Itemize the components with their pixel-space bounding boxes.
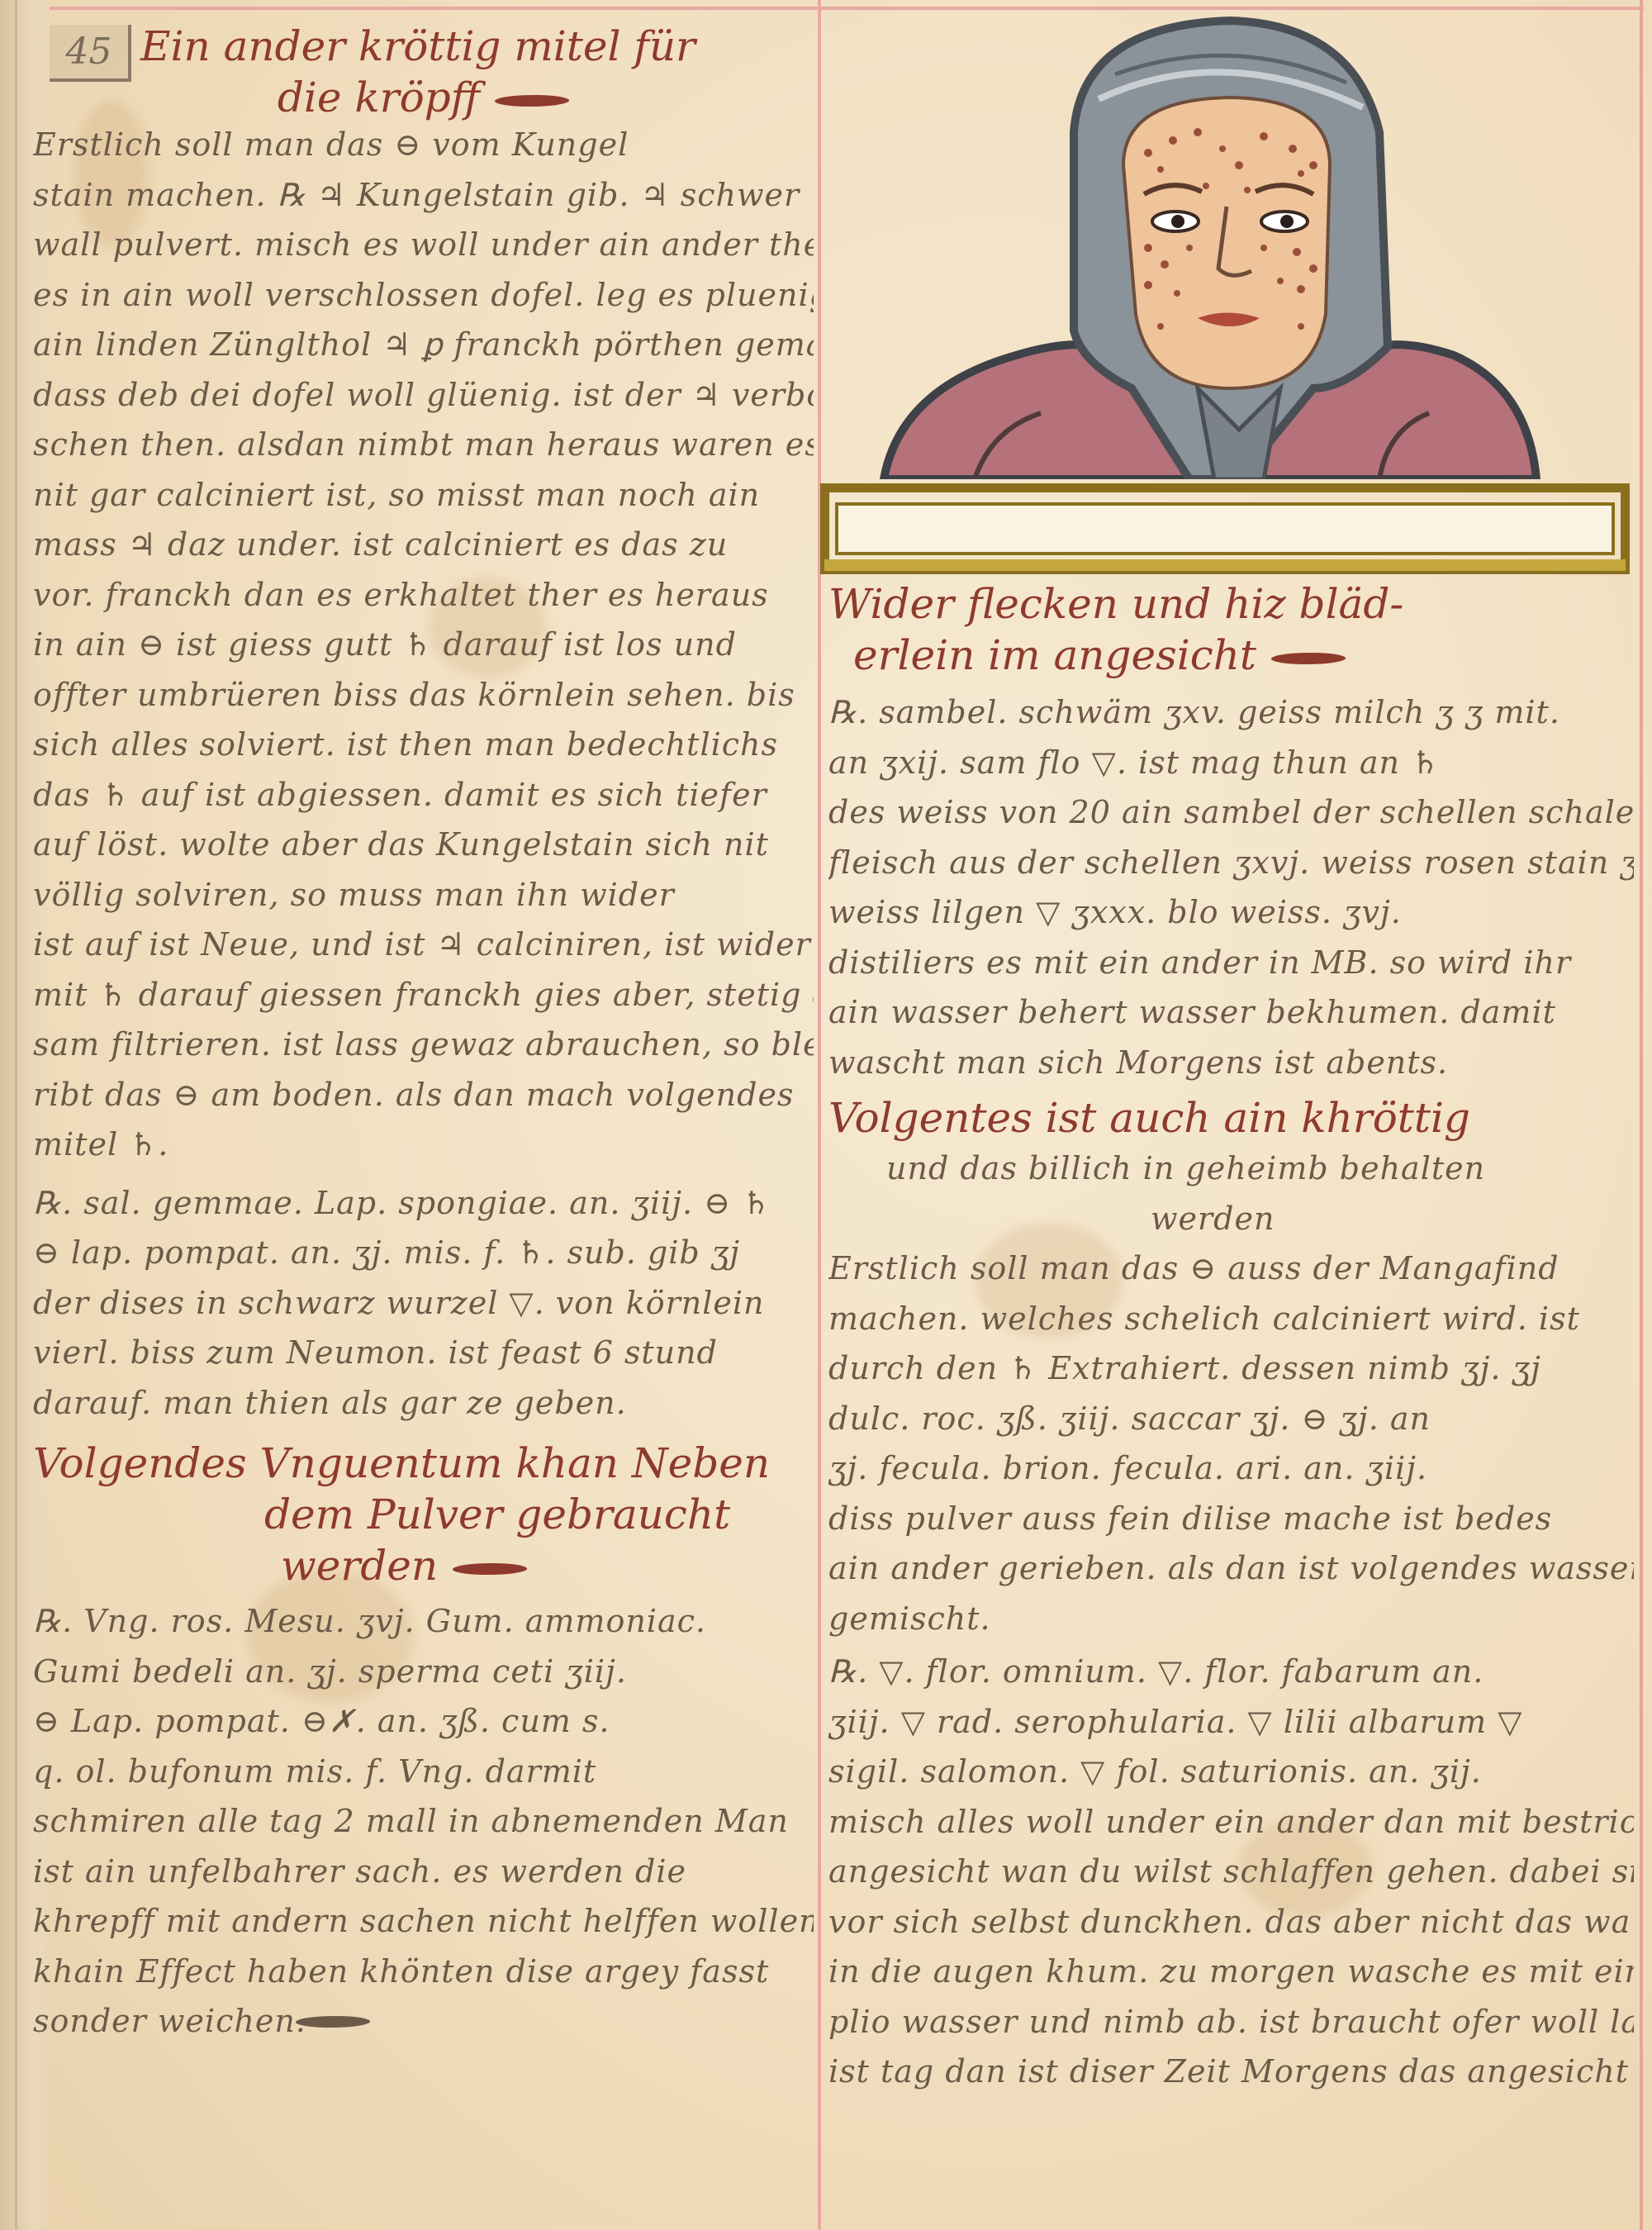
banner-scroll-icon	[820, 483, 1630, 574]
manuscript-line: ain linden Zünglthol ♃ ꝑ franckh pörthen…	[33, 320, 814, 370]
manuscript-line: ist ain unfelbahrer sach. es werden die	[33, 1847, 814, 1897]
left-heading-2-line-2: dem Pulver gebraucht	[33, 1489, 814, 1540]
left-column: Ein ander kröttig mitel für die kröpff E…	[33, 21, 814, 2062]
manuscript-line: stain machen. ℞ ♃ Kungelstain gib. ♃ sch…	[33, 170, 814, 221]
flourish-ornament	[493, 95, 572, 107]
spotted-face-figure-icon	[851, 0, 1635, 479]
manuscript-line: völlig solviren, so muss man ihn wider	[33, 870, 814, 920]
manuscript-line: sonder weichen.	[33, 1996, 814, 2047]
manuscript-line: gemischt.	[828, 1594, 1634, 1644]
manuscript-line: sigil. salomon. ▽ fol. saturionis. an. ʒ…	[828, 1747, 1634, 1797]
manuscript-line: ain ander gerieben. als dan ist volgende…	[828, 1543, 1634, 1594]
manuscript-line: weiss lilgen ▽ ʒxxx. blo weiss. ʒvj.	[828, 887, 1634, 938]
manuscript-line: ℞. Vng. ros. Mesu. ʒvj. Gum. ammoniac.	[33, 1596, 814, 1647]
left-title-line-1: Ein ander kröttig mitel für	[33, 21, 814, 72]
scroll-banner	[820, 483, 1630, 574]
right-heading-2-line-2: und das billich in geheimb behalten	[828, 1144, 1634, 1194]
left-paragraph-2: ℞. sal. gemmae. Lap. spongiae. an. ʒiij.…	[33, 1178, 814, 1429]
manuscript-line: mit ♄ darauf giessen franckh gies aber, …	[33, 970, 814, 1020]
right-paragraph-2: Erstlich soll man das ⊖ auss der Mangafi…	[828, 1243, 1634, 1643]
manuscript-line: ribt das ⊖ am boden. als dan mach volgen…	[33, 1070, 814, 1120]
right-ruling	[1640, 0, 1643, 2230]
right-heading-2-line-1: Volgentes ist auch ain khröttig	[828, 1092, 1634, 1144]
manuscript-line: ʒj. fecula. brion. fecula. ari. an. ʒiij…	[828, 1443, 1634, 1494]
manuscript-line: diss pulver auss fein dilise mache ist b…	[828, 1494, 1634, 1544]
manuscript-line: ain wasser behert wasser bekhumen. damit	[828, 987, 1634, 1038]
manuscript-line: der dises in schwarz wurzel ▽. von körnl…	[33, 1278, 814, 1329]
manuscript-line: wall pulvert. misch es woll under ain an…	[33, 220, 814, 270]
right-paragraph-1: ℞. sambel. schwäm ʒxv. geiss milch ʒ ʒ m…	[828, 687, 1634, 1087]
manuscript-line: in die augen khum. zu morgen wasche es m…	[828, 1947, 1634, 1997]
right-column: Wider flecken und hiz bläd- erlein im an…	[828, 578, 1634, 2097]
column-ruling	[818, 0, 821, 2230]
manuscript-line: distiliers es mit ein ander in MB. so wi…	[828, 938, 1634, 988]
manuscript-line: ⊖ Lap. pompat. ⊖✗. an. ʒß. cum s.	[33, 1696, 814, 1747]
manuscript-line: ℞. sambel. schwäm ʒxv. geiss milch ʒ ʒ m…	[828, 687, 1634, 738]
right-paragraph-3: ℞. ▽. flor. omnium. ▽. flor. fabarum an.…	[828, 1647, 1634, 2097]
manuscript-line: schen then. alsdan nimbt man heraus ware…	[33, 420, 814, 470]
left-heading-2-line-1: Volgendes Vnguentum khan Neben	[33, 1438, 814, 1489]
right-heading-2-line-3: werden	[828, 1194, 1634, 1244]
manuscript-line: ist auf ist Neue, und ist ♃ calciniren, …	[33, 920, 814, 970]
manuscript-line: vor. franckh dan es erkhaltet ther es he…	[33, 570, 814, 621]
left-paragraph-1: Erstlich soll man das ⊖ vom Kungelstain …	[33, 120, 814, 1170]
manuscript-line: ⊖ lap. pompat. an. ʒj. mis. f. ♄. sub. g…	[33, 1228, 814, 1278]
manuscript-line: nit gar calciniert ist, so misst man noc…	[33, 470, 814, 521]
portrait-illustration	[851, 0, 1635, 479]
manuscript-line: khain Effect haben khönten dise argey fa…	[33, 1947, 814, 1997]
manuscript-line: des weiss von 20 ain sambel der schellen…	[828, 787, 1634, 838]
right-title-text: erlein im angesicht	[853, 631, 1256, 679]
manuscript-line: an ʒxij. sam flo ▽. ist mag thun an ♄	[828, 738, 1634, 788]
left-title-text: die kröpff	[278, 74, 480, 121]
manuscript-line: schmiren alle tag 2 mall in abnemenden M…	[33, 1796, 814, 1847]
manuscript-line: wascht man sich Morgens ist abents.	[828, 1038, 1634, 1088]
manuscript-line: ʒiij. ▽ rad. serophularia. ▽ lilii albar…	[828, 1697, 1634, 1747]
manuscript-line: ist tag dan ist diser Zeit Morgens das a…	[828, 2047, 1634, 2097]
left-heading-2-text: werden	[281, 1542, 438, 1590]
manuscript-line: vor sich selbst dunckhen. das aber nicht…	[828, 1897, 1634, 1947]
manuscript-line: sam filtrieren. ist lass gewaz abrauchen…	[33, 1020, 814, 1070]
right-heading-2: Volgentes ist auch ain khröttig und das …	[828, 1092, 1634, 1243]
gutter-line	[15, 0, 17, 2230]
manuscript-line: darauf. man thien als gar ze geben.	[33, 1378, 814, 1429]
manuscript-line: khrepff mit andern sachen nicht helffen …	[33, 1896, 814, 1947]
manuscript-line: mitel ♄.	[33, 1120, 814, 1170]
manuscript-line: ℞. sal. gemmae. Lap. spongiae. an. ʒiij.…	[33, 1178, 814, 1229]
left-paragraph-3: ℞. Vng. ros. Mesu. ʒvj. Gum. ammoniac.Gu…	[33, 1596, 814, 2062]
manuscript-line: es in ain woll verschlossen dofel. leg e…	[33, 270, 814, 321]
manuscript-line: q. ol. bufonum mis. f. Vng. darmit	[33, 1747, 814, 1797]
manuscript-line: machen. welches schelich calciniert wird…	[828, 1294, 1634, 1344]
manuscript-line: fleisch aus der schellen ʒxvj. weiss ros…	[828, 838, 1634, 888]
manuscript-line: durch den ♄ Extrahiert. dessen nimb ʒj. …	[828, 1343, 1634, 1394]
manuscript-line: vierl. biss zum Neumon. ist feast 6 stun…	[33, 1328, 814, 1378]
manuscript-line: misch alles woll under ein ander dan mit…	[828, 1797, 1634, 1847]
manuscript-line: Erstlich soll man das ⊖ vom Kungel	[33, 120, 814, 170]
manuscript-line: mass ♃ daz under. ist calciniert es das …	[33, 520, 814, 570]
left-heading-2-line-3: werden	[33, 1540, 814, 1591]
manuscript-line: angesicht wan du wilst schlaffen gehen. …	[828, 1847, 1634, 1897]
manuscript-line: das ♄ auf ist abgiessen. damit es sich t…	[33, 770, 814, 820]
left-title-line-2: die kröpff	[33, 72, 814, 123]
manuscript-line: plio wasser und nimb ab. ist braucht ofe…	[828, 1997, 1634, 2047]
manuscript-line: auf löst. wolte aber das Kungelstain sic…	[33, 820, 814, 870]
flourish-ornament	[1269, 653, 1347, 664]
manuscript-line: Erstlich soll man das ⊖ auss der Mangafi…	[828, 1243, 1634, 1294]
manuscript-line: in ain ⊖ ist giess gutt ♄ darauf ist los…	[33, 620, 814, 670]
manuscript-line: Gumi bedeli an. ʒj. sperma ceti ʒiij.	[33, 1647, 814, 1697]
right-title-line-2: erlein im angesicht	[828, 630, 1634, 681]
manuscript-line: ℞. ▽. flor. omnium. ▽. flor. fabarum an.	[828, 1647, 1634, 1697]
left-heading-2: Volgendes Vnguentum khan Neben dem Pulve…	[33, 1438, 814, 1591]
right-title-line-1: Wider flecken und hiz bläd-	[828, 578, 1634, 630]
manuscript-line: dass deb dei dofel woll glüenig. ist der…	[33, 370, 814, 421]
flourish-ornament	[451, 1563, 529, 1575]
manuscript-line: dulc. roc. ʒß. ʒiij. saccar ʒj. ⊖ ʒj. an	[828, 1394, 1634, 1444]
manuscript-line: sich alles solviert. ist then man bedech…	[33, 720, 814, 770]
manuscript-line: offter umbrüeren biss das körnlein sehen…	[33, 670, 814, 720]
